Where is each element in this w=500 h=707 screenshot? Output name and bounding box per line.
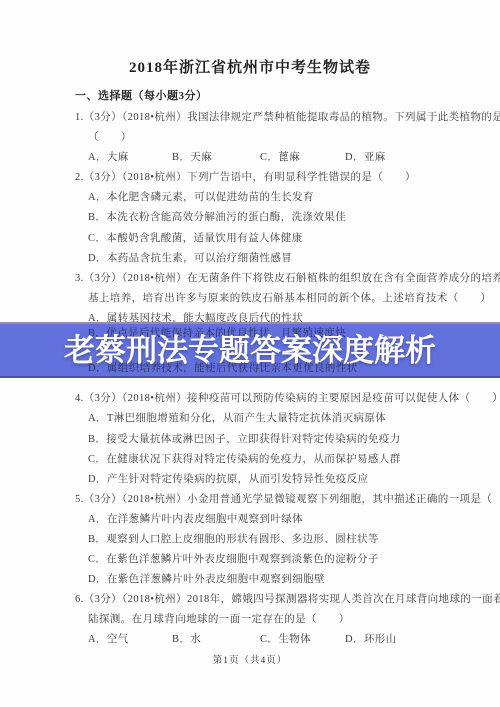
question-3-line-1: 3.（3分）（2018•杭州）在无菌条件下将铁皮石斛植株的组织放在含有全面营养成… bbox=[0, 269, 500, 289]
question-4-line-1: 4.（3分）（2018•杭州）接种疫苗可以预防传染病的主要原因是疫苗可以促使人体… bbox=[0, 389, 500, 409]
question-5-option-c: C．在紫色洋葱鳞片叶外表皮细胞中观察到淡紫色的淀粉分子 bbox=[0, 550, 500, 570]
question-4-option-d: D．产生针对特定传染病的抗原，从而引发特异性免疫反应 bbox=[0, 470, 500, 490]
question-6-option-a: A．空气 bbox=[88, 630, 172, 650]
question-6-line-1: 6.（3分）（2018•杭州）2018年，嫦娥四号探测器将实现人类首次在月球背向… bbox=[0, 590, 500, 610]
question-4-option-a: A．T淋巴细胞增殖和分化，从而产生大量特定抗体消灭病原体 bbox=[0, 409, 500, 429]
question-6-options-row: A．空气 B．水 C．生物体 D．环形山 bbox=[0, 630, 500, 650]
question-1-line-1: 1.（3分）（2018•杭州）我国法律规定严禁种植能提取毒品的植物。下列属于此类… bbox=[0, 108, 500, 128]
question-5-line-1: 5.（3分）（2018•杭州）小金用普通光学显微镜观察下列细胞，其中描述正确的一… bbox=[0, 490, 500, 510]
questions-area: 1.（3分）（2018•杭州）我国法律规定严禁种植能提取毒品的植物。下列属于此类… bbox=[0, 108, 500, 671]
question-2-option-a: A．本化肥含磷元素，可以促进幼苗的生长发育 bbox=[0, 188, 500, 208]
question-1-option-b: B．天麻 bbox=[172, 148, 260, 168]
question-6-option-b: B．水 bbox=[172, 630, 260, 650]
watermark-banner: B．优点是后代能保持亲本的优良性状，且繁殖速度快 老蔡刑法专题答案深度解析 D．… bbox=[0, 322, 500, 378]
question-6-line-2: 陆探测。在月球背向地球的一面一定存在的是（ ） bbox=[0, 610, 500, 630]
question-5-option-b: B．观察到人口腔上皮细胞的形状有圆形、多边形、圆柱状等 bbox=[0, 530, 500, 550]
question-4-option-c: C．在健康状况下获得对特定传染病的免疫力，从而保护易感人群 bbox=[0, 450, 500, 470]
question-2-line-1: 2.（3分）（2018•杭州）下列广告语中，有明显科学性错误的是（ ） bbox=[0, 168, 500, 188]
question-1-option-c: C．蓖麻 bbox=[260, 148, 345, 168]
section-heading: 一、选择题（每小题3分） bbox=[75, 87, 208, 103]
question-2-option-c: C．本酸奶含乳酸菌，适量饮用有益人体健康 bbox=[0, 229, 500, 249]
question-1-options-row: A．大麻 B．天麻 C．蓖麻 D．亚麻 bbox=[0, 148, 500, 168]
question-5-option-a: A．在洋葱鳞片叶内表皮细胞中观察到叶绿体 bbox=[0, 510, 500, 530]
exam-paper-page: 2018年浙江省杭州市中考生物试卷 一、选择题（每小题3分） 1.（3分）（20… bbox=[0, 0, 500, 707]
question-3-option-d-under-banner: D．属组织培养技术，能使后代获得比亲本更优良的性状 bbox=[88, 360, 358, 375]
question-2-option-b: B．本洗衣粉含能高效分解油污的蛋白酶，洗涤效果佳 bbox=[0, 208, 500, 228]
question-6-option-d: D．环形山 bbox=[345, 630, 397, 650]
question-5-option-d: D．在紫色洋葱鳞片叶外表皮细胞中观察到细胞壁 bbox=[0, 570, 500, 590]
paper-title: 2018年浙江省杭州市中考生物试卷 bbox=[0, 56, 500, 77]
question-1-line-2: （ ） bbox=[0, 128, 500, 148]
question-2-option-d: D．本药品含抗生素，可以治疗细菌性感冒 bbox=[0, 249, 500, 269]
question-1-option-a: A．大麻 bbox=[88, 148, 172, 168]
question-6-option-c: C．生物体 bbox=[260, 630, 345, 650]
page-number-footer: 第1页（共4页） bbox=[0, 651, 500, 671]
question-4-option-b: B．接受大量抗体或淋巴因子，立即获得针对特定传染病的免疫力 bbox=[0, 430, 500, 450]
question-3-line-2: 基上培养，培育出许多与原来的铁皮石斛基本相同的新个体。上述培育技术（ ） bbox=[0, 289, 500, 309]
question-1-option-d: D．亚麻 bbox=[345, 148, 386, 168]
